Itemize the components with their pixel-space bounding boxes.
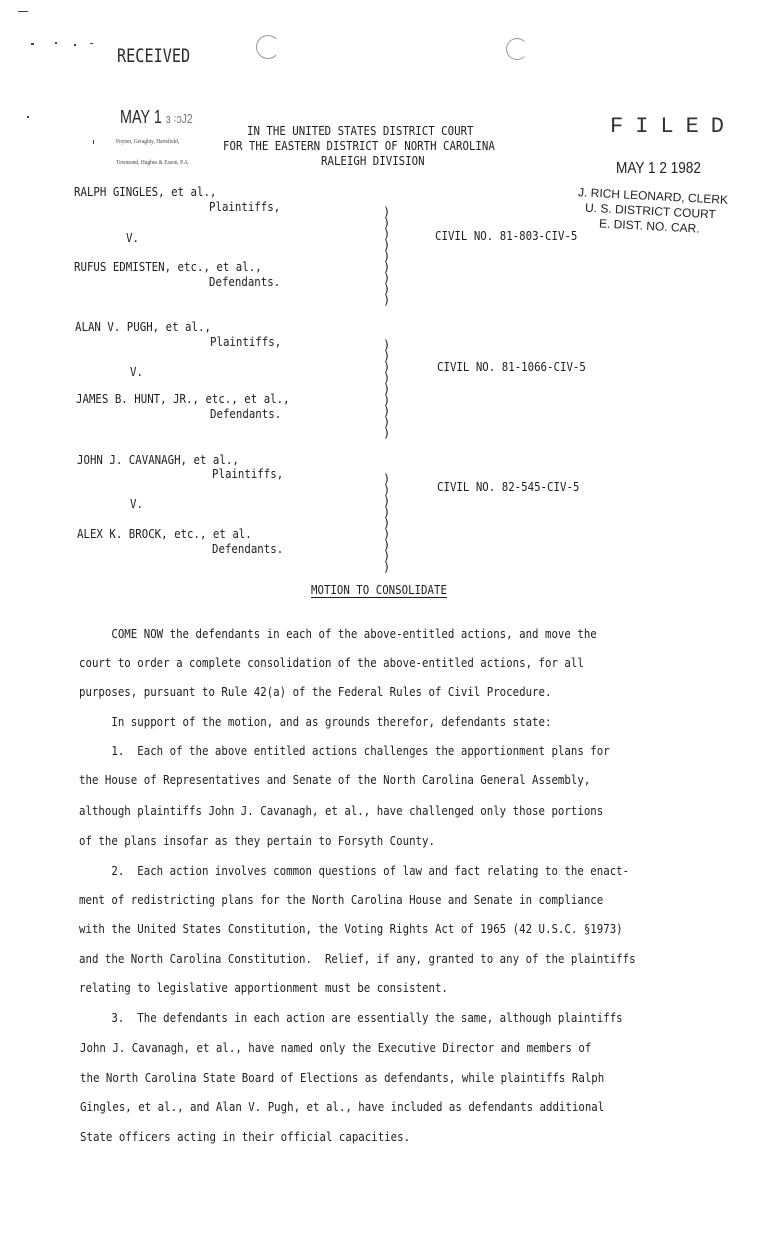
body-line: ment of redistricting plans for the Nort… [79, 892, 603, 907]
defendants-label: Defendants. [209, 274, 280, 289]
civil-number: CIVIL NO. 81-1066-CIV-5 [437, 359, 586, 374]
received-date-visible: MAY 1 [120, 107, 166, 127]
body-line: the North Carolina State Board of Electi… [80, 1070, 604, 1085]
caption-bracket: ))))))))) [383, 185, 412, 328]
versus: V. [126, 230, 139, 245]
plaintiffs-name: JOHN J. CAVANAGH, et al., [77, 452, 239, 467]
filed-stamp-date: MAY 1 2 1982 [616, 160, 701, 178]
body-line: COME NOW the defendants in each of the a… [79, 626, 597, 641]
plaintiffs-label: Plaintiffs, [209, 199, 280, 214]
versus: V. [130, 364, 143, 379]
body-line: although plaintiffs John J. Cavanagh, et… [79, 803, 603, 818]
scan-speck [27, 116, 29, 118]
civil-number: CIVIL NO. 82-545-CIV-5 [437, 479, 579, 494]
caption-bracket: ))))))))) [383, 452, 412, 595]
scan-speck [31, 43, 34, 45]
body-line: with the United States Constitution, the… [79, 921, 623, 936]
defendants-name: RUFUS EDMISTEN, etc., et al., [74, 259, 262, 274]
body-line: 2. Each action involves common questions… [79, 863, 629, 878]
scan-speck [90, 43, 93, 44]
received-stamp-date: MAY 1 ɜ ꞉ɔJ2 [112, 86, 193, 128]
court-header-line2: FOR THE EASTERN DISTRICT OF NORTH CAROLI… [223, 138, 495, 153]
scan-speck [74, 44, 76, 46]
scan-speck [93, 140, 94, 144]
body-line: State officers acting in their official … [80, 1129, 410, 1144]
plaintiffs-label: Plaintiffs, [210, 334, 281, 349]
body-line: and the North Carolina Constitution. Rel… [79, 951, 636, 966]
body-line: 1. Each of the above entitled actions ch… [79, 743, 610, 758]
received-firm-stamp: Poyner, Geraghty, Hartsfield, Townsend, … [116, 125, 189, 174]
body-line: purposes, pursuant to Rule 42(a) of the … [79, 684, 551, 699]
court-header-line1: IN THE UNITED STATES DISTRICT COURT [247, 123, 474, 138]
body-line: John J. Cavanagh, et al., have named onl… [80, 1040, 591, 1055]
body-line: relating to legislative apportionment mu… [79, 980, 448, 995]
caption-bracket: ))))))))) [383, 318, 412, 461]
scan-speck [55, 42, 57, 44]
body-line: 3. The defendants in each action are ess… [79, 1010, 623, 1025]
versus: V. [130, 496, 143, 511]
court-header-line3: RALEIGH DIVISION [321, 153, 425, 168]
defendants-label: Defendants. [210, 406, 281, 421]
body-line: In support of the motion, and as grounds… [79, 714, 551, 729]
defendants-label: Defendants. [212, 541, 283, 556]
body-line: Gingles, et al., and Alan V. Pugh, et al… [80, 1099, 604, 1114]
document-title: MOTION TO CONSOLIDATE [311, 582, 447, 597]
civil-number: CIVIL NO. 81-803-CIV-5 [435, 228, 577, 243]
body-line: court to order a complete consolidation … [79, 655, 584, 670]
punch-hole-mark [506, 38, 528, 60]
received-stamp-label: RECEIVED [117, 45, 190, 67]
punch-hole-mark [256, 35, 280, 59]
body-line: the House of Representatives and Senate … [79, 772, 590, 787]
plaintiffs-name: ALAN V. PUGH, et al., [75, 319, 211, 334]
plaintiffs-label: Plaintiffs, [212, 466, 283, 481]
plaintiffs-name: RALPH GINGLES, et al., [74, 184, 216, 199]
body-line: of the plans insofar as they pertain to … [79, 833, 435, 848]
filed-stamp-label: FILED [610, 114, 736, 139]
defendants-name: JAMES B. HUNT, JR., etc., et al., [76, 391, 290, 406]
defendants-name: ALEX K. BROCK, etc., et al. [77, 526, 252, 541]
scan-speck [18, 11, 28, 12]
firm-line-2: Townsend, Hughes & Eason, P.A. [116, 160, 189, 167]
received-date-faded: ɜ ꞉ɔJ2 [166, 111, 193, 126]
firm-line-1: Poyner, Geraghty, Hartsfield, [116, 139, 189, 146]
